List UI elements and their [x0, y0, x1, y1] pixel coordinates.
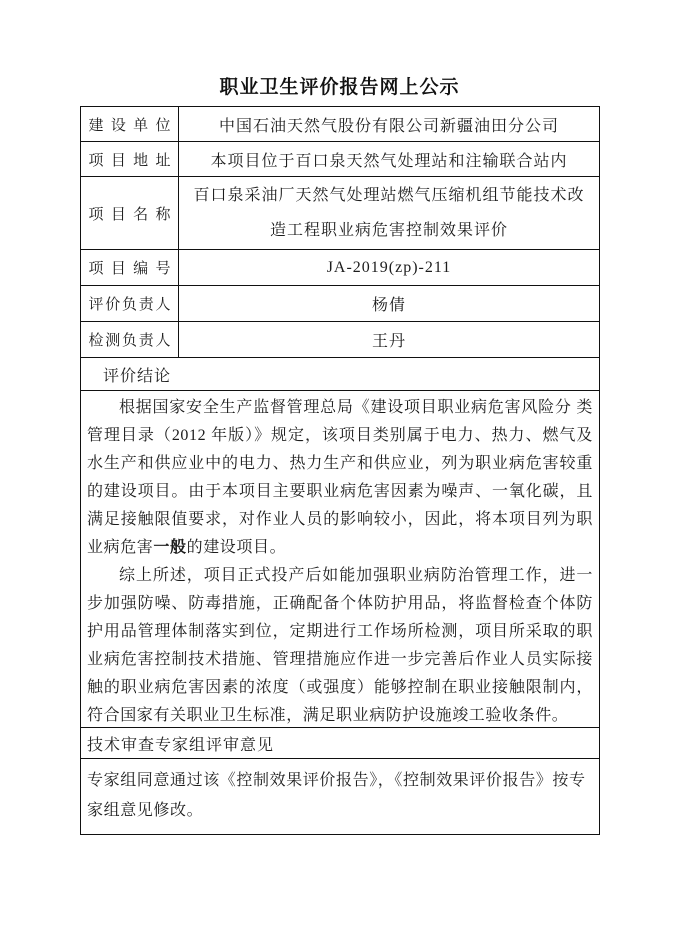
row-label-cell: 项目名称 [81, 177, 179, 249]
conclusion-header-label: 评价结论 [103, 363, 171, 386]
conclusion-paragraph-2: 综上所述，项目正式投产后如能加强职业病防治管理工作，进一步加强防噪、防毒措施，正… [87, 562, 593, 730]
row-value: JA-2019(zp)-211 [179, 250, 599, 285]
table-row-testing-leader: 检测负责人 王丹 [81, 322, 599, 358]
row-value: 王丹 [179, 322, 599, 357]
row-label-cell: 项目地址 [81, 142, 179, 176]
publicity-table: 建设单位 中国石油天然气股份有限公司新疆油田分公司 项目地址 本项目位于百口泉天… [80, 106, 600, 835]
row-label-cell: 评价负责人 [81, 286, 179, 321]
table-row-evaluation-leader: 评价负责人 杨倩 [81, 286, 599, 322]
table-row-project-name: 项目名称 百口泉采油厂天然气处理站燃气压缩机组节能技术改造工程职业病危害控制效果… [81, 177, 599, 250]
table-row-construction-unit: 建设单位 中国石油天然气股份有限公司新疆油田分公司 [81, 107, 599, 142]
document-page: 职业卫生评价报告网上公示 建设单位 中国石油天然气股份有限公司新疆油田分公司 项… [0, 0, 679, 947]
conclusion-body-row: 根据国家安全生产监督管理总局《建设项目职业病危害风险分 类管理目录（2012 年… [81, 391, 599, 728]
row-label: 项目编号 [89, 257, 171, 278]
row-value: 中国石油天然气股份有限公司新疆油田分公司 [179, 107, 599, 141]
page-title: 职业卫生评价报告网上公示 [0, 72, 679, 99]
conclusion-p1-text: 根据国家安全生产监督管理总局《建设项目职业病危害风险分 类管理目录（2012 年… [87, 399, 593, 556]
row-value: 杨倩 [179, 286, 599, 321]
row-label-cell: 项目编号 [81, 250, 179, 285]
row-value: 百口泉采油厂天然气处理站燃气压缩机组节能技术改造工程职业病危害控制效果评价 [179, 177, 599, 249]
row-label: 建设单位 [89, 114, 171, 135]
expert-review-header-label: 技术审查专家组评审意见 [87, 732, 274, 755]
row-label: 检测负责人 [89, 329, 171, 350]
table-row-project-number: 项目编号 JA-2019(zp)-211 [81, 250, 599, 286]
row-label: 项目地址 [89, 149, 171, 170]
expert-review-header-row: 技术审查专家组评审意见 [81, 728, 599, 759]
row-label-cell: 检测负责人 [81, 322, 179, 357]
row-label: 评价负责人 [89, 293, 171, 314]
row-label: 项目名称 [89, 203, 171, 224]
table-row-project-address: 项目地址 本项目位于百口泉天然气处理站和注输联合站内 [81, 142, 599, 177]
row-value: 本项目位于百口泉天然气处理站和注输联合站内 [179, 142, 599, 176]
conclusion-header-row: 评价结论 [81, 358, 599, 391]
conclusion-paragraph-1: 根据国家安全生产监督管理总局《建设项目职业病危害风险分 类管理目录（2012 年… [87, 394, 593, 562]
conclusion-p1-tail: 的建设项目。 [187, 539, 287, 556]
expert-opinion-row: 专家组同意通过该《控制效果评价报告》，《控制效果评价报告》按专家组意见修改。 [81, 759, 599, 834]
expert-opinion-text: 专家组同意通过该《控制效果评价报告》，《控制效果评价报告》按专家组意见修改。 [87, 766, 593, 826]
row-label-cell: 建设单位 [81, 107, 179, 141]
conclusion-p1-bold-term: 一般 [153, 539, 186, 556]
